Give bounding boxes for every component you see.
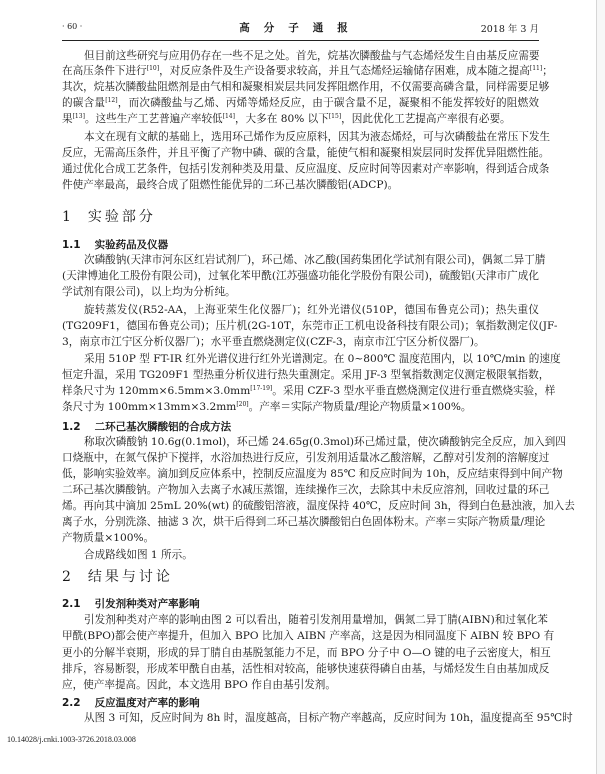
subsection-number: 2.1 [62, 598, 81, 610]
section-number: 1 [62, 209, 74, 225]
section-title: 结果与讨论 [88, 569, 173, 585]
paragraph-line: 在高压条件下进行[10]，对反应条件及生产设备要求较高，并且气态烯烃运输储存困难… [62, 64, 539, 79]
subsection-heading: 1.2二环己基次膦酸铝的合成方法 [62, 419, 231, 434]
text-run: 。采用 CZF-3 型水平垂直燃烧测定仪进行垂直燃烧实验，样 [272, 385, 555, 397]
paragraph-line: 离子水，分别洗涤、抽滤 3 次，烘干后得到二环己基次膦酸铝白色固体粉末。产率＝实… [62, 515, 539, 530]
text-run: 。产率＝实际产物质量/理论产物质量×100%。 [249, 401, 472, 413]
text-run: ，而次磷酸盐与乙烯、丙烯等烯烃反应，由于碳含量不足，凝聚相不能发挥较好的阻燃效 [118, 97, 539, 109]
section-heading: 1实验部分 [62, 206, 156, 226]
paragraph-line: 采用 510P 型 FT-IR 红外光谱仪进行红外光谱测定。在 0~800℃ 温… [84, 352, 539, 367]
header-rule [62, 40, 539, 41]
paragraph-line: 甲酰(BPO)都会使产率提升，但加入 BPO 比加入 AIBN 产率高，这是因为… [62, 629, 539, 644]
text-run: 果 [62, 113, 73, 125]
citation: [12] [105, 97, 117, 104]
citation: [14] [223, 113, 235, 120]
subsection-heading: 2.1引发剂种类对产率影响 [62, 596, 200, 611]
paragraph-line: 件使产率最高，最终合成了阻燃性能优异的二环己基次膦酸铝(ADCP)。 [62, 178, 539, 193]
citation: [11] [530, 65, 542, 72]
subsection-title: 引发剂种类对产率影响 [95, 598, 200, 610]
text-run: 的碳含量 [62, 97, 105, 109]
paragraph-line: 口烧瓶中，在氮气保护下搅拌，水浴加热进行反应，引发剂用适量冰乙酸溶解，乙醇对引发… [62, 451, 539, 466]
issue-date: 2018 年 3 月 [481, 21, 539, 35]
paragraph-line: 排斥，容易断裂，形成苯甲酰自由基，活性相对较高，能够快速获得磷自由基，与烯烃发生… [62, 662, 539, 677]
paragraph-line: 次磷酸钠(天津市河东区红岩试剂厂)，环己烯、冰乙酸(国药集团化学试剂有限公司)，… [84, 253, 539, 268]
text-run: 样条尺寸为 120mm×6.5mm×3.0mm [62, 385, 250, 397]
text-run: ，因此优化工艺提高产率很有必要。 [341, 113, 511, 125]
paragraph-line: 果[13]。这些生产工艺普遍产率较低[14]，大多在 80% 以下[15]，因此… [62, 112, 539, 127]
subsection-number: 1.1 [62, 239, 81, 251]
paragraph-line: 二环己基次膦酸钠。产物加入去离子水减压蒸馏，连续操作三次，去除其中未反应溶剂，回… [62, 483, 539, 498]
paragraph-line: 恒定升温，采用 TG209F1 型热重分析仪进行热失重测定。采用 JF-3 型氧… [62, 368, 539, 383]
subsection-heading: 2.2反应温度对产率的影响 [62, 695, 200, 710]
paragraph-line: 应，使产率提高。因此，本文选用 BPO 作自由基引发剂。 [62, 678, 539, 693]
citation: [20] [236, 401, 248, 408]
citation: [17-19] [250, 385, 272, 392]
paragraph-line: 引发剂种类对产率的影响由图 2 可以看出，随着引发剂用量增加，偶氮二异丁腈(AI… [84, 613, 539, 628]
paragraph-line: 但目前这些研究与应用仍存在一些不足之处。首先，烷基次膦酸盐与气态烯烃发生自由基反… [84, 49, 539, 64]
subsection-heading: 1.1实验药品及仪器 [62, 237, 168, 252]
subsection-title: 实验药品及仪器 [95, 239, 169, 251]
paragraph-line: (天津博迪化工股份有限公司)，过氧化苯甲酰(江苏强盛功能化学股份有限公司)，硫酸… [62, 269, 539, 284]
paragraph-line: 本文在现有文献的基础上，选用环己烯作为反应原料，因其为液态烯烃，可与次磷酸盐在常… [84, 130, 539, 145]
section-heading: 2结果与讨论 [62, 566, 173, 586]
paragraph-line: 条尺寸为 100mm×13mm×3.2mm[20]。产率＝实际产物质量/理论产物… [62, 400, 539, 415]
section-number: 2 [62, 569, 74, 585]
doi-footer: 10.14028/j.cnki.1003-3726.2018.03.008 [7, 735, 136, 744]
paragraph-line: 的碳含量[12]，而次磷酸盐与乙烯、丙烯等烯烃反应，由于碳含量不足，凝聚相不能发… [62, 96, 539, 111]
citation: [15] [329, 113, 341, 120]
section-title: 实验部分 [88, 209, 156, 225]
paragraph-line: 称取次磷酸钠 10.6g(0.1mol)，环己烯 24.65g(0.3mol)环… [84, 435, 539, 450]
text-run: ； [542, 65, 553, 77]
paragraph-line: 产物质量×100%。 [62, 531, 539, 546]
paragraph-line: 旋转蒸发仪(R52-AA，上海亚荣生化仪器厂)；红外光谱仪(510P，德国布鲁克… [84, 303, 539, 318]
subsection-title: 二环己基次膦酸铝的合成方法 [95, 421, 232, 433]
paragraph-line: 更小的分解半衰期，形成的异丁腈自由基脱氢能力不足，而 BPO 分子中 O—O 键… [62, 646, 539, 661]
running-header: · 60 · 高分子通报 2018 年 3 月 [62, 20, 539, 36]
subsection-number: 2.2 [62, 697, 81, 709]
journal-title: 高分子通报 [62, 20, 539, 35]
text-run: ，对反应条件及生产设备要求较高，并且气态烯烃运输储存困难，成本随之提高 [159, 65, 530, 77]
page-edge-border [596, 0, 605, 774]
text-run: 在高压条件下进行 [62, 65, 147, 77]
paragraph-line: 学试剂有限公司)，以上均为分析纯。 [62, 285, 539, 300]
paragraph-line: (TG209F1，德国布鲁克公司)；压片机(2G-10T，东莞市正工机电设备科技… [62, 319, 539, 334]
paragraph-line: 烯。再向其中滴加 25mL 20%(wt) 的硫酸铝溶液，温度保持 40℃，反应… [62, 499, 539, 514]
text-run: ，大多在 80% 以下 [235, 113, 329, 125]
citation: [13] [73, 113, 85, 120]
subsection-number: 1.2 [62, 421, 81, 433]
paragraph-line: 通过优化合成工艺条件，包括引发剂种类及用量、反应温度、反应时间等因素对产率影响，… [62, 162, 539, 177]
paragraph-line: 低，影响实验效率。滴加到反应体系中，控制反应温度为 85℃ 和反应时间为 10h… [62, 467, 539, 482]
citation: [10] [147, 65, 159, 72]
paragraph-line: 其次，烷基次膦酸盐阻燃剂是由气相和凝聚相炭层共同发挥阻燃作用，不仅需要高磷含量，… [62, 80, 539, 95]
paragraph-line: 3，南京市江宁区分析仪器厂)；水平垂直燃烧测定仪(CZF-3，南京市江宁区分析仪… [62, 335, 539, 350]
text-run: 条尺寸为 100mm×13mm×3.2mm [62, 401, 236, 413]
paragraph-line: 合成路线如图 1 所示。 [84, 548, 539, 563]
paragraph-line: 反应，无需高压条件，并且平衡了产物中磷、碳的含量，能使气相和凝聚相炭层同时发挥优… [62, 146, 539, 161]
subsection-title: 反应温度对产率的影响 [95, 697, 200, 709]
paragraph-line: 样条尺寸为 120mm×6.5mm×3.0mm[17-19]。采用 CZF-3 … [62, 384, 539, 399]
paragraph-line: 从图 3 可知，反应时间为 8h 时，温度越高，目标产物产率越高，反应时间为 1… [84, 711, 539, 726]
text-run: 。这些生产工艺普遍产率较低 [85, 113, 223, 125]
